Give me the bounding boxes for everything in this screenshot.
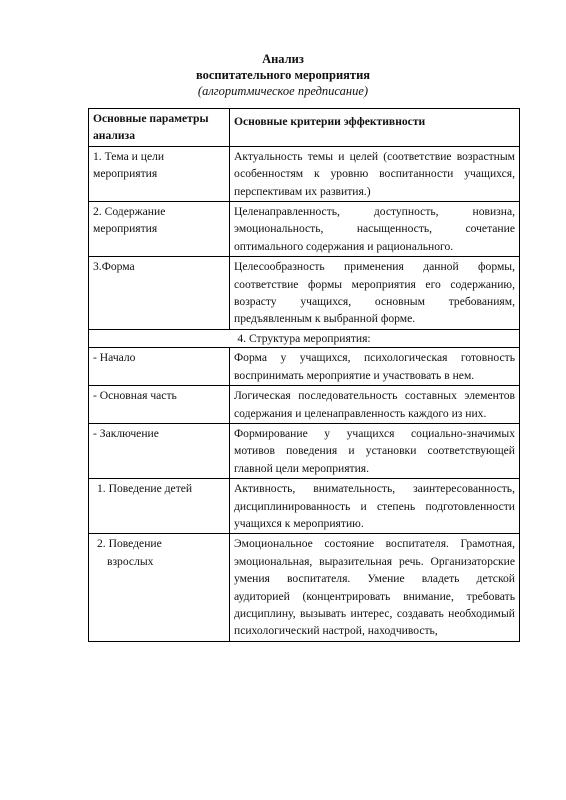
header-criteria: Основные критерии эффективности <box>230 109 520 147</box>
table-row: 1. Поведение детей Активность, вниматель… <box>89 479 520 534</box>
row-param: 3.Форма <box>89 257 230 330</box>
row-criteria: Целенаправленность, доступность, новизна… <box>230 202 520 257</box>
row-param: - Начало <box>89 348 230 386</box>
table-row: 1. Тема и цели мероприятия Актуальность … <box>89 146 520 201</box>
row-param: 2. Поведение взрослых <box>89 534 230 641</box>
row-param: - Заключение <box>89 423 230 478</box>
table-header-row: Основные параметры анализа Основные крит… <box>89 109 520 147</box>
table-row: 2. Содержание мероприятия Целенаправленн… <box>89 202 520 257</box>
row-criteria: Целесообразность применения данной формы… <box>230 257 520 330</box>
document-title-block: Анализ воспитательного мероприятия (алго… <box>0 51 566 99</box>
header-parameters: Основные параметры анализа <box>89 109 230 147</box>
row-param-line1: 2. Поведение <box>97 537 162 550</box>
table-row: - Начало Форма у учащихся, психологическ… <box>89 348 520 386</box>
row-param: 1. Тема и цели мероприятия <box>89 146 230 201</box>
document-title: Анализ <box>0 51 566 67</box>
row-criteria: Логическая последовательность составных … <box>230 386 520 424</box>
table-row: 2. Поведение взрослых Эмоциональное сост… <box>89 534 520 641</box>
row-param: 2. Содержание мероприятия <box>89 202 230 257</box>
document-title-line2: воспитательного мероприятия <box>0 67 566 83</box>
document-subtitle: (алгоритмическое предписание) <box>0 83 566 99</box>
table-row: 3.Форма Целесообразность применения данн… <box>89 257 520 330</box>
analysis-table: Основные параметры анализа Основные крит… <box>88 108 520 642</box>
row-criteria: Форма у учащихся, психологическая готовн… <box>230 348 520 386</box>
table-row: - Основная часть Логическая последовател… <box>89 386 520 424</box>
section-row: 4. Структура мероприятия: <box>89 329 520 347</box>
row-param: - Основная часть <box>89 386 230 424</box>
section-heading: 4. Структура мероприятия: <box>89 329 520 347</box>
row-criteria: Активность, внимательность, заинтересова… <box>230 479 520 534</box>
row-param-line2: взрослых <box>97 553 225 570</box>
row-criteria: Актуальность темы и целей (соответствие … <box>230 146 520 201</box>
table-row: - Заключение Формирование у учащихся соц… <box>89 423 520 478</box>
row-criteria: Эмоциональное состояние воспитателя. Гра… <box>230 534 520 641</box>
row-param: 1. Поведение детей <box>89 479 230 534</box>
row-criteria: Формирование у учащихся социально-значим… <box>230 423 520 478</box>
